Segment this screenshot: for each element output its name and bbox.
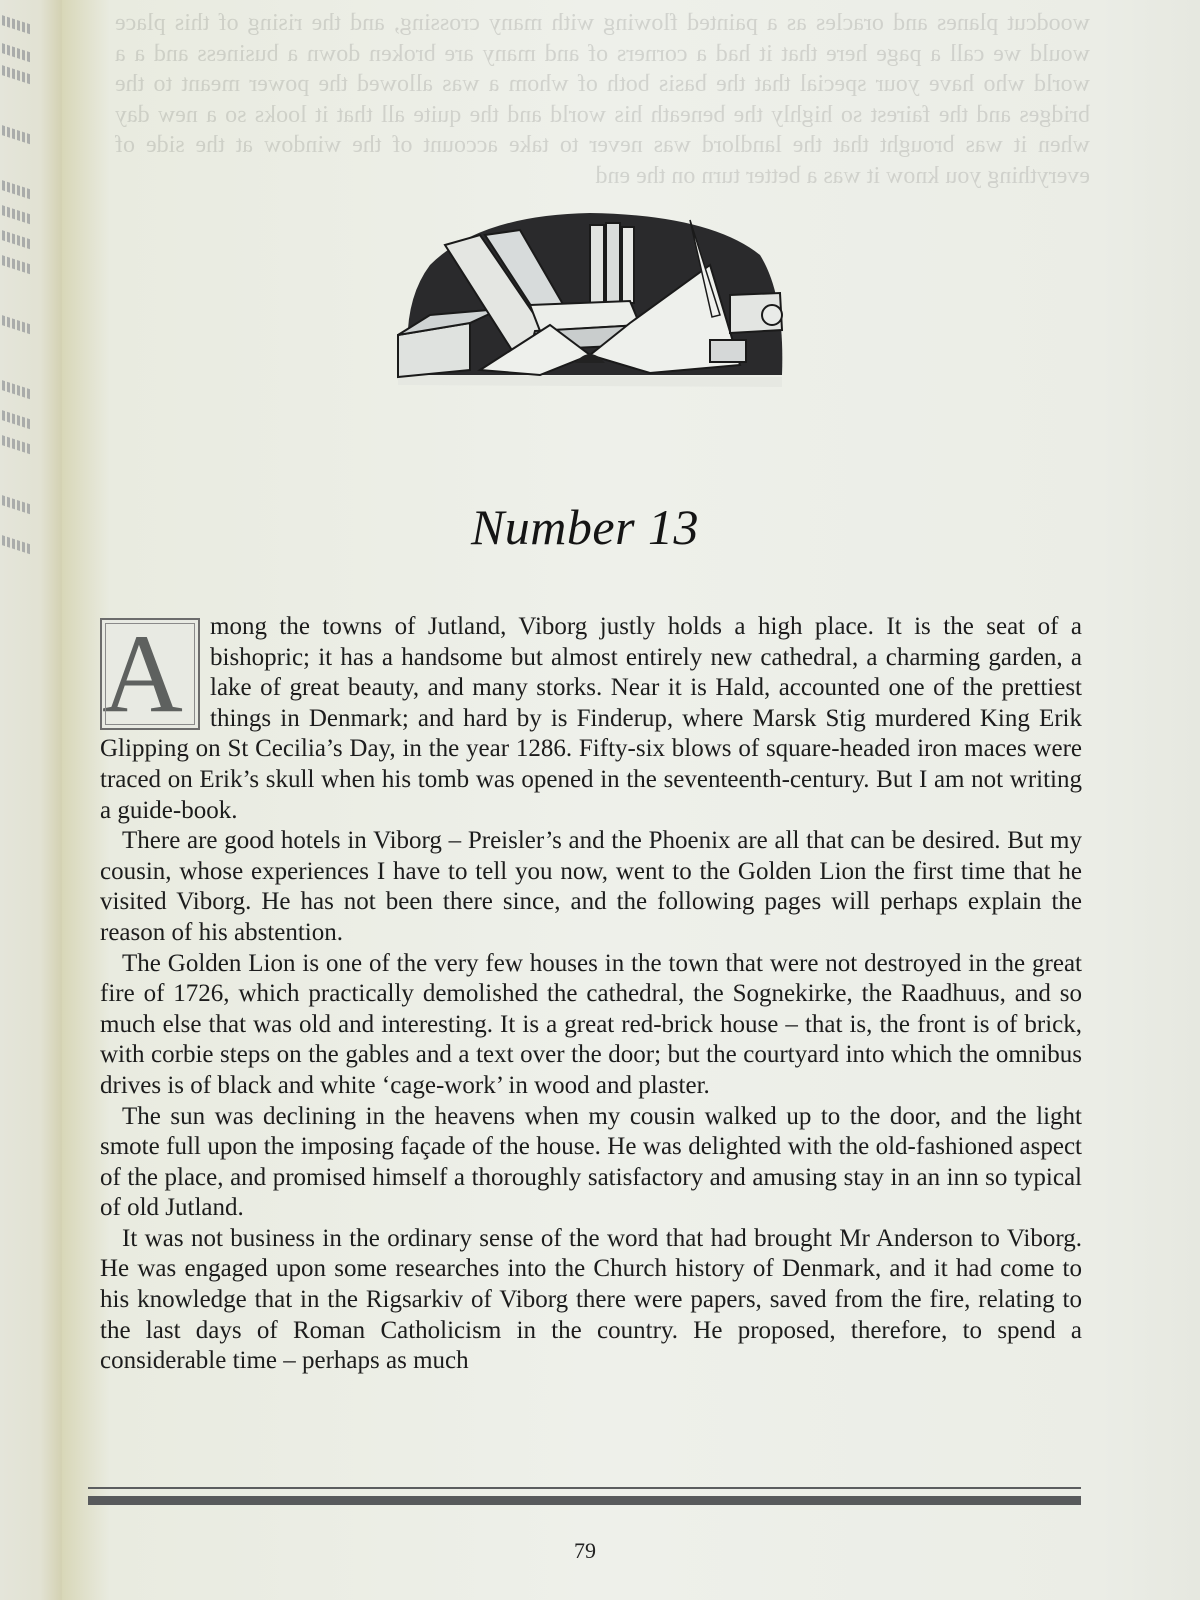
- facing-page-text-fragment: [2, 65, 32, 85]
- paragraph-3: The Golden Lion is one of the very few h…: [100, 949, 1082, 1102]
- paragraph-2: There are good hotels in Viborg – Preisl…: [100, 826, 1082, 948]
- facing-page-text-fragment: [2, 435, 32, 455]
- body-text: Among the towns of Jutland, Viborg justl…: [100, 612, 1082, 1377]
- facing-page-text-fragment: [2, 180, 32, 200]
- footer-rule-thick: [88, 1496, 1081, 1505]
- page-number: 79: [0, 1538, 1170, 1564]
- paragraph-1-text: mong the towns of Jutland, Viborg justly…: [100, 613, 1082, 824]
- facing-page-text-fragment: [2, 125, 32, 145]
- facing-page-text-fragment: [2, 380, 32, 400]
- facing-page-text-fragment: [2, 255, 32, 275]
- facing-page-text-fragment: [2, 205, 32, 225]
- drop-cap: A: [100, 618, 200, 730]
- books-and-quill-engraving: [390, 205, 790, 400]
- drop-cap-letter: A: [102, 622, 198, 726]
- footer-rule-thin: [88, 1487, 1081, 1489]
- facing-page-text-fragment: [2, 230, 32, 250]
- paragraph-1: Among the towns of Jutland, Viborg justl…: [100, 612, 1082, 826]
- facing-page-text-fragment: [2, 315, 32, 335]
- paragraph-5: It was not business in the ordinary sens…: [100, 1224, 1082, 1377]
- show-through-text: woodcut planes and oracles as a painted …: [115, 8, 1090, 191]
- facing-page-text-fragment: [2, 410, 32, 430]
- facing-page-text-fragment: [2, 43, 32, 63]
- paragraph-4: The sun was declining in the heavens whe…: [100, 1102, 1082, 1224]
- facing-page-text-fragment: [2, 15, 32, 35]
- chapter-title: Number 13: [0, 498, 1170, 556]
- facing-page-edge: [0, 0, 62, 1600]
